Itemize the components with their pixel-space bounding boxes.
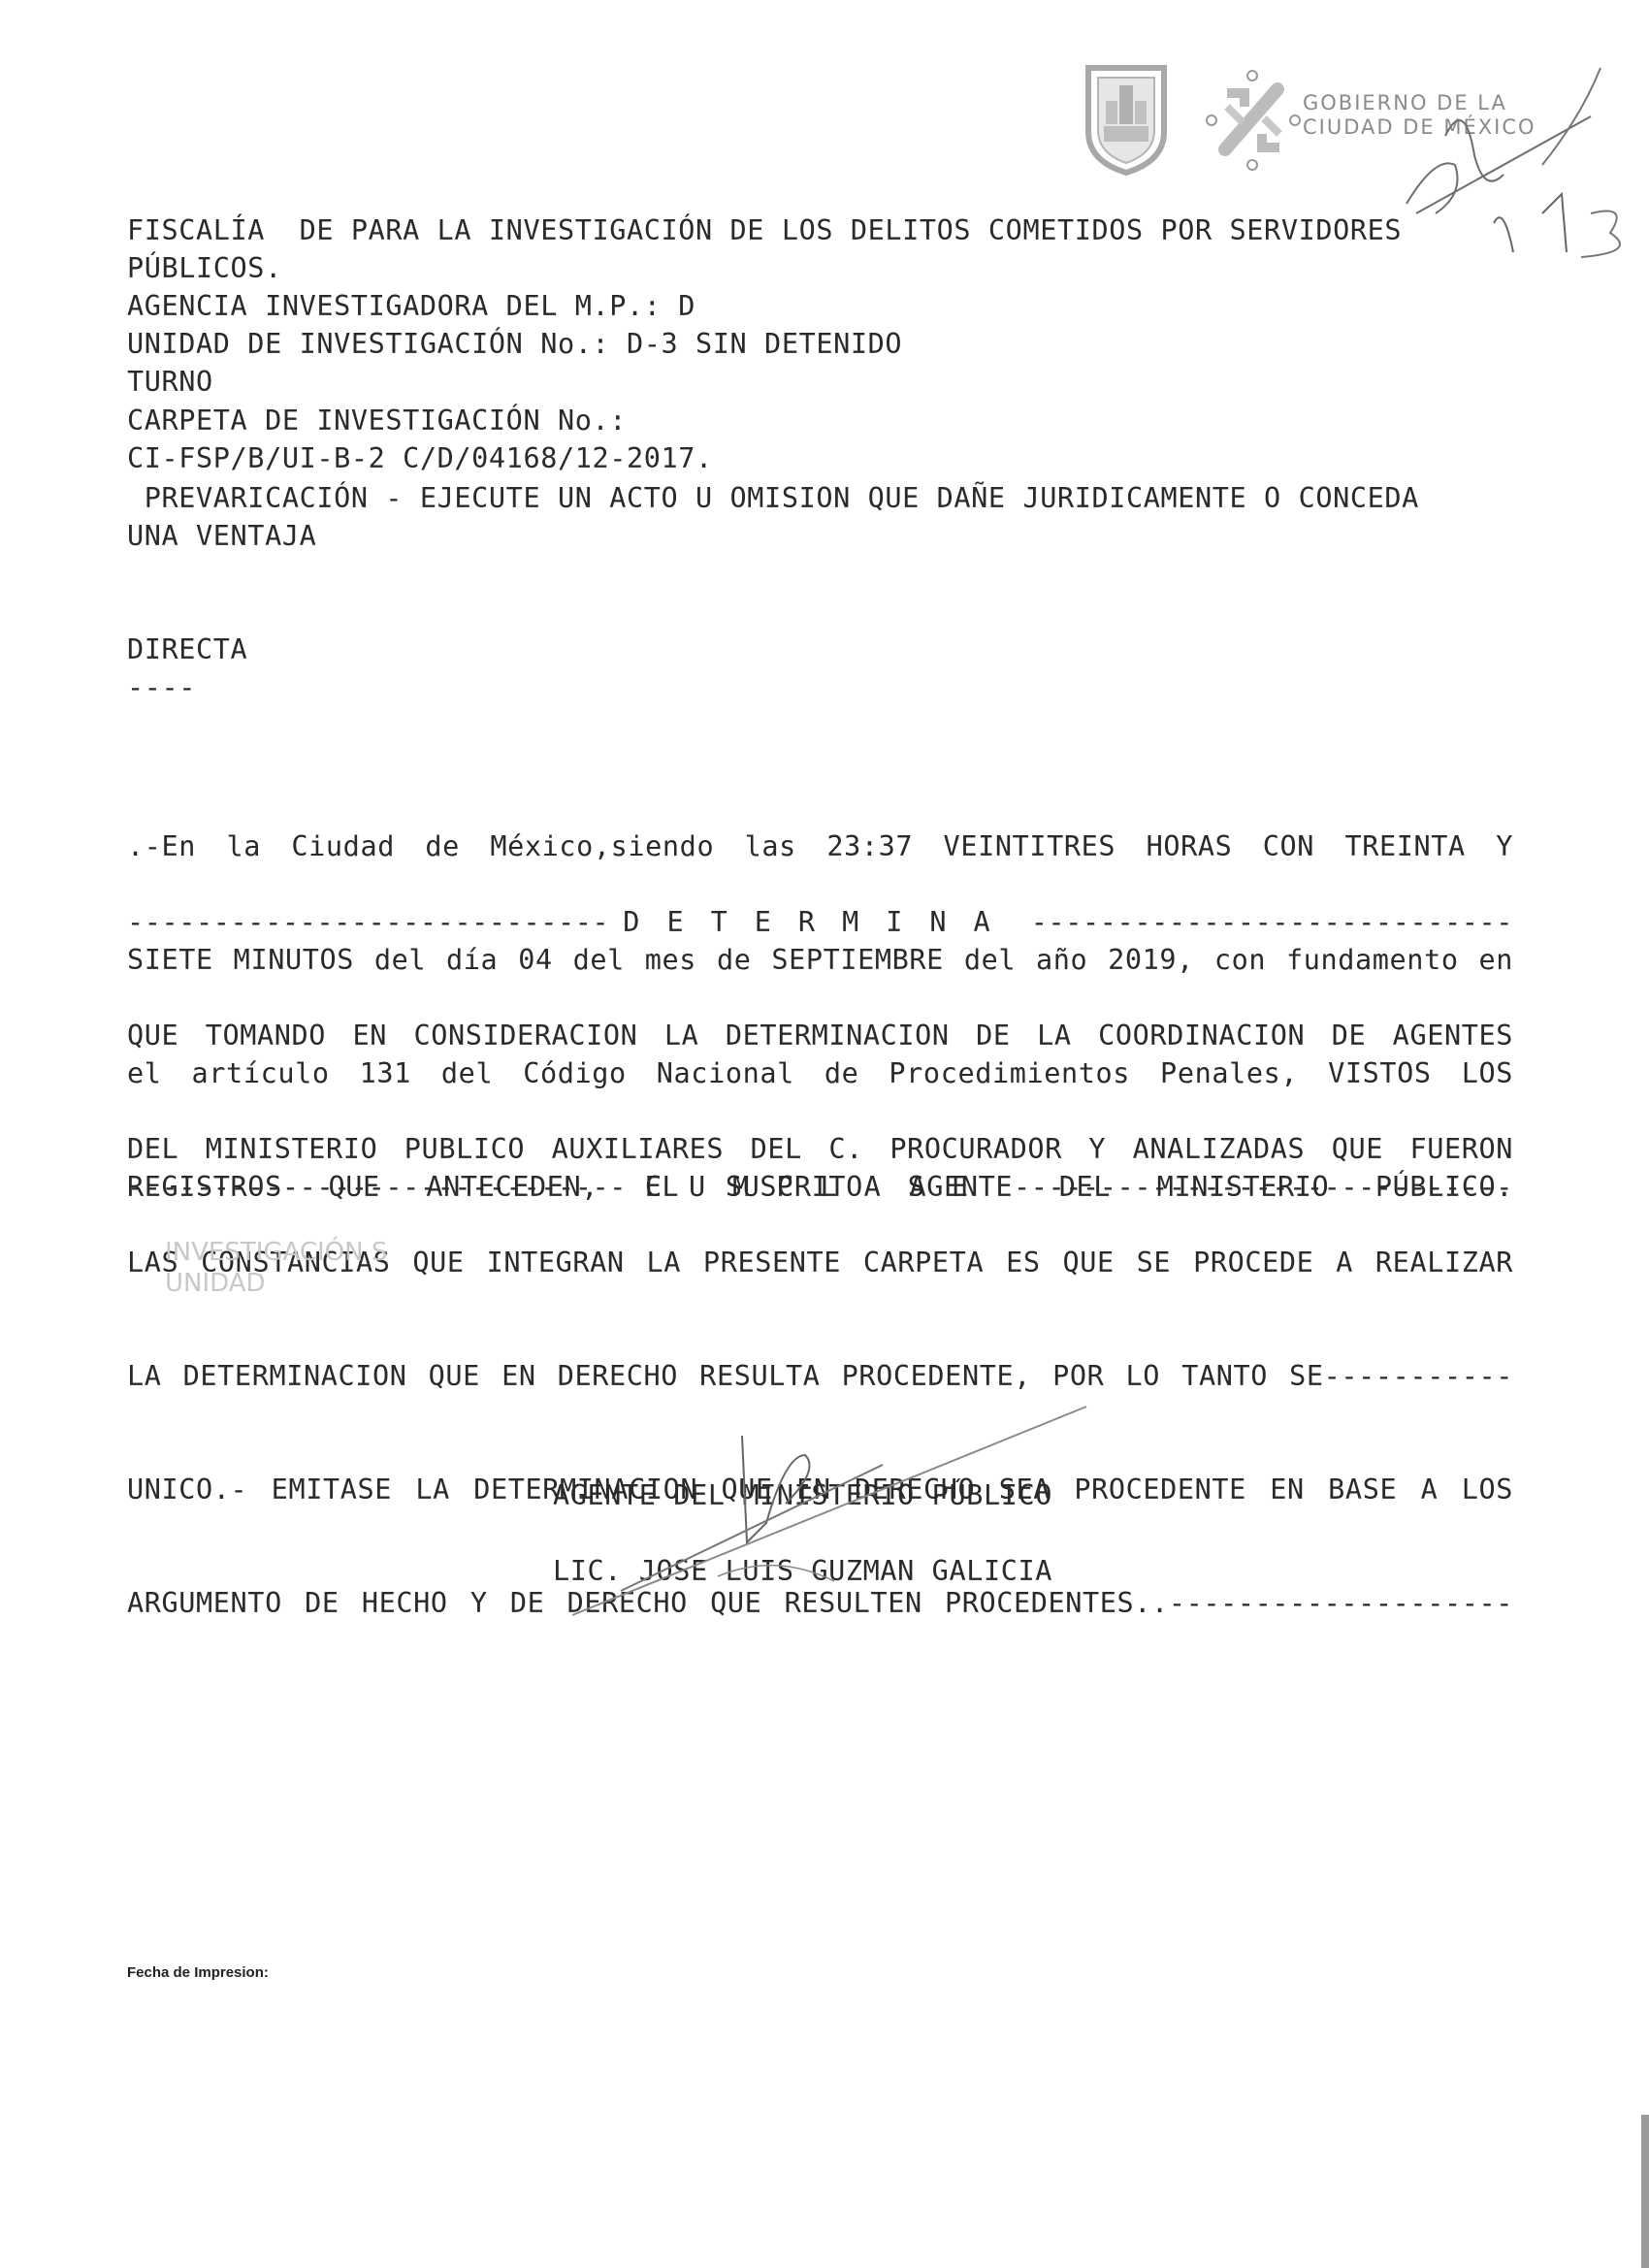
separator-dashes: ----------------------------------------…	[127, 903, 605, 941]
separator-dashes: ----------------------------------------…	[127, 1168, 628, 1206]
cdmx-emblem-icon	[1207, 71, 1300, 170]
separator-dashes: ----------------------------------------…	[1013, 1168, 1513, 1206]
heading-carpeta-number: CI-FSP/B/UI-B-2 C/D/04168/12-2017.	[127, 439, 713, 477]
cumplase-separator: ----------------------------------------…	[127, 1168, 1513, 1206]
heading-unidad: UNIDAD DE INVESTIGACIÓN No.: D-3 SIN DET…	[127, 325, 902, 363]
heading-offense: PREVARICACIÓN - EJECUTE UN ACTO U OMISIO…	[127, 479, 1419, 517]
determina-separator: ----------------------------------------…	[127, 903, 1513, 941]
body-line: QUE TOMANDO EN CONSIDERACION LA DETERMIN…	[127, 1017, 1513, 1054]
heading-fiscalia: FISCALÍA DE PARA LA INVESTIGACIÓN DE LOS…	[127, 211, 1402, 249]
type-underline: ----	[127, 668, 196, 706]
heading-offense-cont: UNA VENTAJA	[127, 517, 316, 555]
heading-agencia: AGENCIA INVESTIGADORA DEL M.P.: D	[127, 287, 695, 325]
stamp-line: INVESTIGACIÓN S	[165, 1237, 387, 1268]
body-line: LA DETERMINACION QUE EN DERECHO RESULTA …	[127, 1357, 1513, 1395]
determination-type: DIRECTA	[127, 631, 247, 668]
stamp-line: UNIDAD	[165, 1268, 387, 1299]
heading-publicos: PÚBLICOS.	[127, 249, 282, 287]
body-line: DEL MINISTERIO PUBLICO AUXILIARES DEL C.…	[127, 1130, 1513, 1168]
determina-heading: DETERMINA	[605, 903, 1034, 941]
print-date-label: Fecha de Impresion:	[127, 1964, 269, 1981]
intro-line: .-En la Ciudad de México,siendo las 23:3…	[127, 827, 1513, 865]
document-page: GOBIERNO DE LA CIUDAD DE MÉXICO FISCALÍA…	[0, 0, 1649, 2268]
cumplase-heading: CUMPLASE	[628, 1168, 1013, 1206]
handwritten-signature-icon	[563, 1397, 1106, 1620]
heading-carpeta-label: CARPETA DE INVESTIGACIÓN No.:	[127, 402, 627, 439]
scan-edge	[1641, 2115, 1649, 2268]
separator-dashes: ----------------------------------------…	[1035, 903, 1513, 941]
handwritten-folio-icon	[1397, 58, 1649, 272]
heading-turno: TURNO	[127, 363, 213, 401]
faded-stamp: INVESTIGACIÓN S UNIDAD	[165, 1237, 387, 1299]
